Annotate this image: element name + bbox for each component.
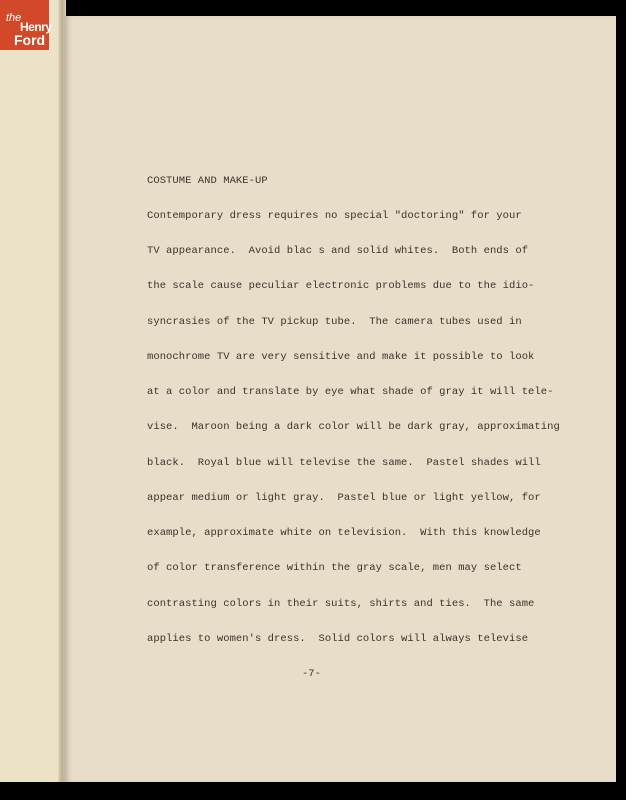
section-heading: COSTUME AND MAKE-UP (147, 175, 268, 187)
text-line: vise. Maroon being a dark color will be … (147, 421, 560, 433)
text-line: contrasting colors in their suits, shirt… (147, 598, 534, 610)
text-line: appear medium or light gray. Pastel blue… (147, 492, 541, 504)
logo-ford: Ford (14, 32, 45, 48)
text-line: monochrome TV are very sensitive and mak… (147, 351, 534, 363)
text-line: TV appearance. Avoid blac s and solid wh… (147, 245, 528, 257)
text-line: at a color and translate by eye what sha… (147, 386, 553, 398)
text-line: example, approximate white on television… (147, 527, 541, 539)
text-line: Contemporary dress requires no special "… (147, 210, 522, 222)
facing-page (0, 0, 64, 782)
text-line: black. Royal blue will televise the same… (147, 457, 541, 469)
logo-the: the (6, 12, 21, 24)
henry-ford-logo: the Henry Ford (0, 0, 49, 50)
text-line: of color transference within the gray sc… (147, 562, 522, 574)
page-number: -7- (302, 668, 321, 680)
text-line: syncrasies of the TV pickup tube. The ca… (147, 316, 522, 328)
text-line: applies to women's dress. Solid colors w… (147, 633, 528, 645)
text-line: the scale cause peculiar electronic prob… (147, 280, 534, 292)
document-page (64, 16, 616, 782)
